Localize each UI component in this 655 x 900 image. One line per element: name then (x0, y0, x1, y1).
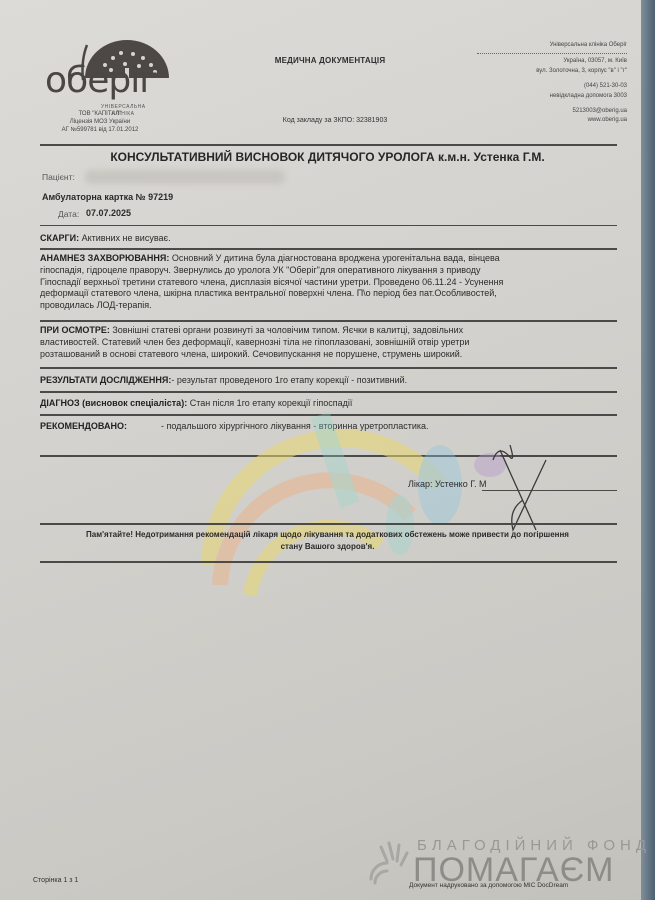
results: РЕЗУЛЬТАТИ ДОСЛІДЖЕННЯ:- результат прове… (40, 375, 610, 387)
patient-name-redacted (85, 170, 285, 184)
divider (40, 367, 617, 369)
phone: (044) 521-30-03 (437, 82, 627, 91)
card-number: Амбулаторна картка № 97219 (42, 192, 173, 202)
clinic-contacts: Універсальна клініка Оберіг Україна, 030… (437, 41, 627, 126)
divider (40, 523, 617, 525)
document-title: КОНСУЛЬТАТИВНИЙ ВИСНОВОК ДИТЯЧОГО УРОЛОГ… (40, 150, 615, 164)
clinic-logo: оберіг УНІВЕРСАЛЬНА КЛІНІКА (45, 40, 195, 102)
divider (40, 391, 617, 393)
divider (40, 248, 617, 250)
date-label: Дата: (58, 209, 79, 219)
diagnosis: ДІАГНОЗ (висновок спеціаліста): Стан піс… (40, 398, 610, 410)
divider (40, 561, 617, 563)
email: 5213003@oberig.ua (437, 107, 627, 116)
hand-icon (365, 839, 413, 889)
doctor-name: Лікар: Устенко Г. М (408, 479, 486, 489)
website: www.oberig.ua (437, 116, 627, 125)
date-value: 07.07.2025 (86, 208, 131, 218)
anamnesis: АНАМНЕЗ ЗАХВОРЮВАННЯ: Основний У дитина … (40, 253, 610, 312)
examination: ПРИ ОСМОТРЕ: Зовнішні статеві органи роз… (40, 325, 610, 360)
divider (40, 414, 617, 416)
patient-label: Пацієнт: (42, 172, 75, 182)
recommendations: РЕКОМЕНДОВАНО:- подальшого хірургічного … (40, 421, 610, 433)
divider (40, 144, 617, 146)
foundation-watermark: БЛАГОДІЙНИЙ ФОНД ПОМАГАЄМ Документ надру… (365, 835, 655, 895)
doc-type-heading: МЕДИЧНА ДОКУМЕНТАЦІЯ (240, 56, 420, 65)
complaints: СКАРГИ: Активних не висуває. (40, 233, 610, 245)
org-info: ТОВ "КАПІТАЛ" Ліцензія МОЗ України АГ №5… (50, 110, 150, 134)
divider (40, 320, 617, 322)
contact-title: Універсальна клініка Оберіг (437, 41, 627, 50)
institution-code: Код закладу за ЗКПО: 32381903 (240, 117, 430, 124)
page-counter: Сторінка 1 з 1 (33, 877, 78, 884)
background-edge (641, 0, 655, 900)
logo-wordmark: оберіг (45, 60, 157, 101)
printed-note: Документ надруковано за допомогою МІС Do… (409, 882, 568, 889)
divider (40, 225, 617, 226)
signature-icon (488, 440, 558, 540)
warning-notice: Пам'ятайте! Недотримання рекомендацій лі… (40, 529, 615, 553)
